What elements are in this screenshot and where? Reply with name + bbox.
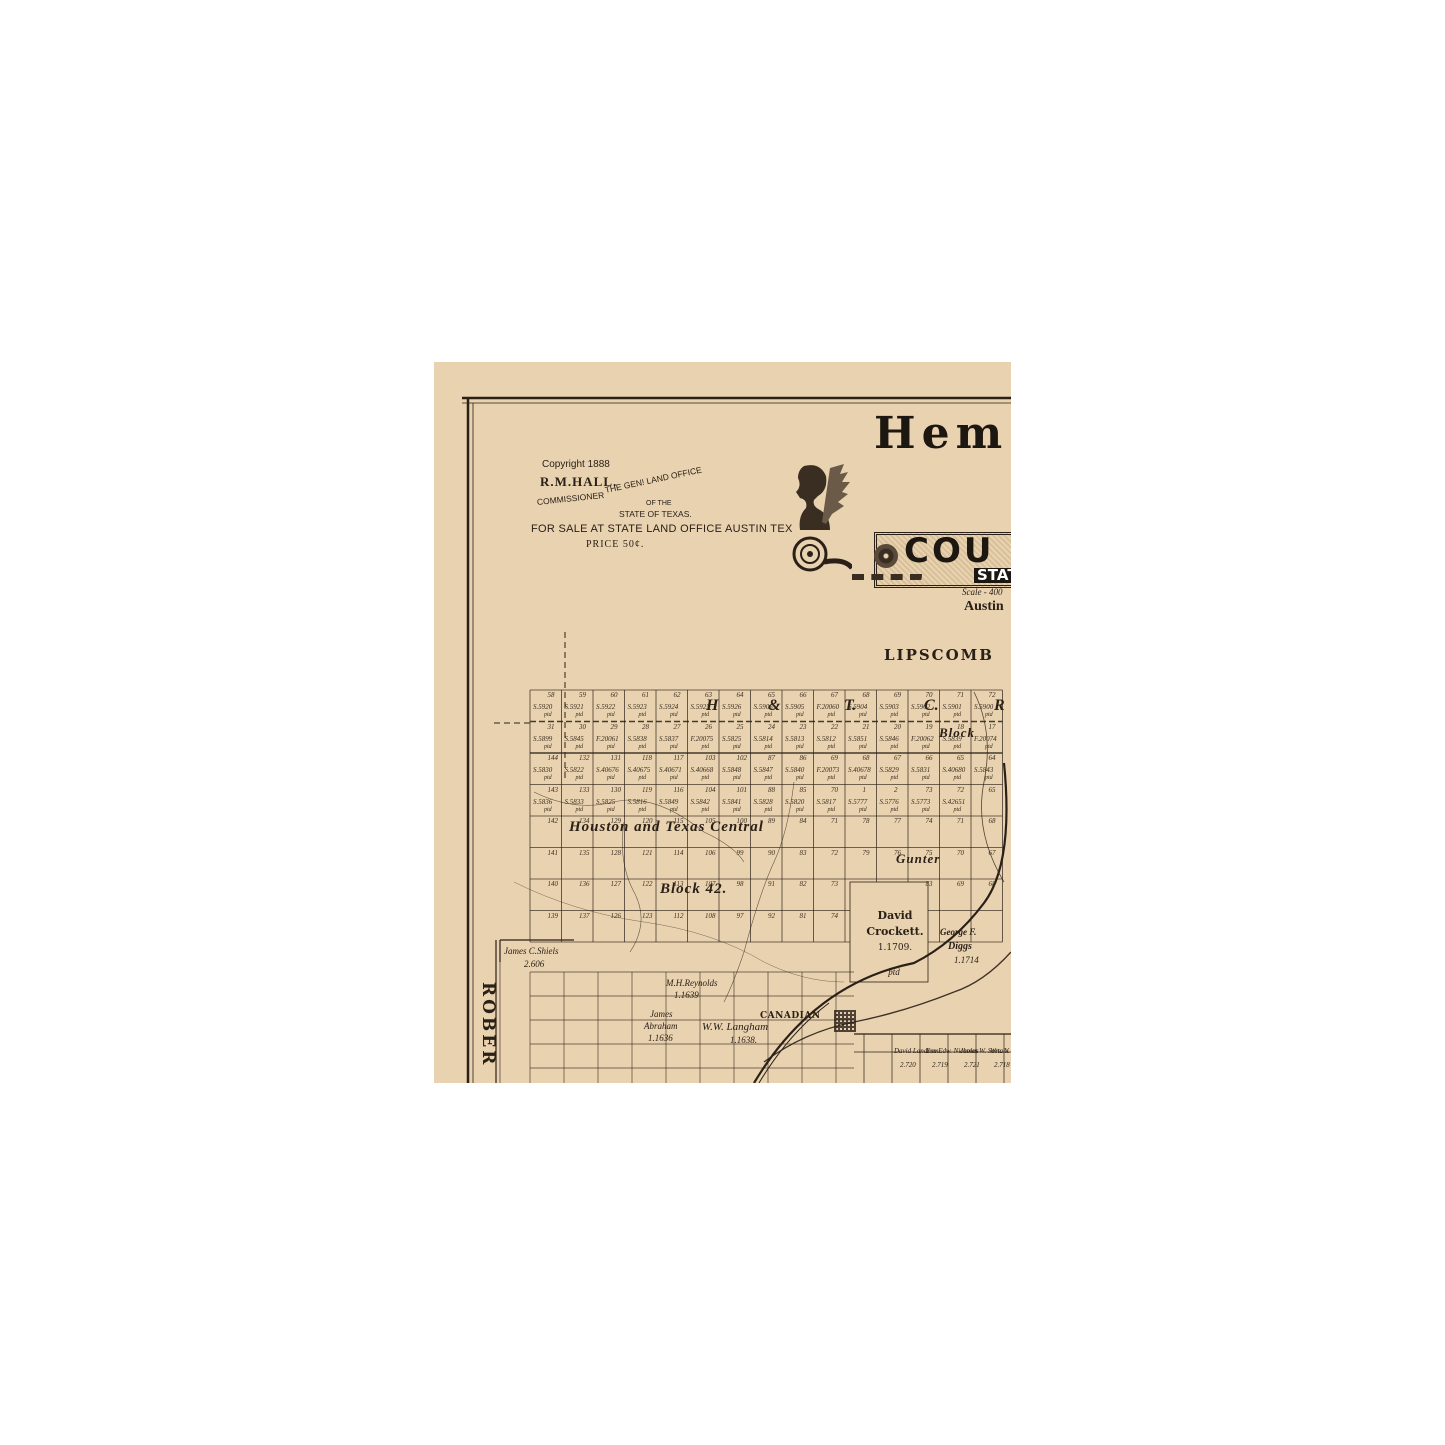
survey-george-diggs-name2: Diggs <box>948 942 972 952</box>
patent-status: ptd <box>733 712 741 718</box>
section-number: 79 <box>863 850 870 857</box>
section-number: 86 <box>800 755 807 762</box>
patent-status: ptd <box>576 744 584 750</box>
section-number: 92 <box>768 913 775 920</box>
certificate-label: S.5840 <box>785 767 804 774</box>
section-number: 99 <box>737 850 744 857</box>
section-number: 108 <box>705 913 716 920</box>
survey-james-shiels-name: James C.Shiels <box>504 947 559 956</box>
of-the-text: OF THE <box>646 500 672 507</box>
patent-status: ptd <box>985 775 993 781</box>
section-number: 100 <box>737 818 748 825</box>
certificate-label: S.5926 <box>722 704 741 711</box>
section-number: 107 <box>705 881 716 888</box>
section-number: 83 <box>800 850 807 857</box>
patent-status: ptd <box>576 807 584 813</box>
patent-status: ptd <box>954 712 962 718</box>
section-number: 69 <box>894 692 901 699</box>
certificate-label: S.5839 <box>943 736 962 743</box>
section-number: 77 <box>894 818 901 825</box>
section-number: 76 <box>894 850 901 857</box>
certificate-label: S.40675 <box>628 767 651 774</box>
section-number: 1 <box>863 787 867 794</box>
certificate-label: F.20060 <box>817 704 840 711</box>
certificate-label: S.40680 <box>943 767 966 774</box>
patent-status: ptd <box>670 807 678 813</box>
patent-status: ptd <box>859 807 867 813</box>
patent-status: ptd <box>922 775 930 781</box>
section-number: 69 <box>957 881 964 888</box>
section-number: 128 <box>611 850 622 857</box>
adjacent-county-north: LIPSCOMB <box>884 648 994 663</box>
section-number: 70 <box>957 850 964 857</box>
survey-george-diggs-number: 1.1714 <box>954 956 979 965</box>
certificate-label: S.5903 <box>880 704 899 711</box>
section-number: 30 <box>579 724 586 731</box>
survey-james-abraham-name2: Abraham <box>644 1022 678 1031</box>
section-number: 75 <box>926 850 933 857</box>
section-number: 71 <box>831 818 838 825</box>
section-number: 141 <box>548 850 559 857</box>
section-number: 131 <box>611 755 622 762</box>
survey-james-sartain-number: 2.721 <box>964 1062 980 1069</box>
patent-status: ptd <box>922 807 930 813</box>
patent-status: ptd <box>922 744 930 750</box>
section-number: 20 <box>894 724 901 731</box>
certificate-label: F.20074 <box>974 736 997 743</box>
section-number: 74 <box>831 913 838 920</box>
survey-edw-nicholas-number: 2.719 <box>932 1062 948 1069</box>
patent-status: ptd <box>859 712 867 718</box>
section-number: 89 <box>768 818 775 825</box>
survey-grid <box>434 362 1011 1083</box>
section-number: 129 <box>611 818 622 825</box>
section-number: 65 <box>768 692 775 699</box>
sale-text: FOR SALE AT STATE LAND OFFICE AUSTIN TEX <box>531 524 793 535</box>
certificate-label: S.5825 <box>596 799 615 806</box>
section-number: 140 <box>548 881 559 888</box>
section-number: 122 <box>642 881 653 888</box>
section-number: 66 <box>926 755 933 762</box>
certificate-label: S.5921 <box>565 704 584 711</box>
patent-status: ptd <box>702 744 710 750</box>
section-number: 73 <box>831 881 838 888</box>
section-number: 66 <box>800 692 807 699</box>
patent-status: ptd <box>828 712 836 718</box>
survey-david-crockett-number: 1.1709. <box>860 944 930 953</box>
certificate-label: S.5901 <box>943 704 962 711</box>
section-number: 24 <box>768 724 775 731</box>
section-number: 84 <box>800 818 807 825</box>
survey-ww-langham-number: 1.1638. <box>730 1036 757 1045</box>
patent-status: ptd <box>639 807 647 813</box>
section-number: 81 <box>800 913 807 920</box>
section-number: 116 <box>674 787 684 794</box>
county-heading: COU <box>904 534 994 568</box>
section-number: 62 <box>674 692 681 699</box>
town-canadian-marker <box>834 1010 856 1032</box>
section-number: 70 <box>831 787 838 794</box>
certificate-label: S.5905 <box>785 704 804 711</box>
section-number: 63 <box>705 692 712 699</box>
survey-ww-langham-name: W.W. Langham <box>702 1022 768 1033</box>
section-number: 65 <box>957 755 964 762</box>
patent-status: ptd <box>733 807 741 813</box>
section-number: 102 <box>737 755 748 762</box>
patent-status: ptd <box>544 712 552 718</box>
patent-status: ptd <box>607 712 615 718</box>
section-number: 113 <box>674 881 684 888</box>
section-number: 68 <box>863 692 870 699</box>
patent-status: ptd <box>576 712 584 718</box>
section-number: 119 <box>642 787 652 794</box>
section-number: 72 <box>957 787 964 794</box>
certificate-label: S.5924 <box>659 704 678 711</box>
certificate-label: S.42651 <box>943 799 966 806</box>
price-text: PRICE 50¢. <box>586 540 644 550</box>
certificate-label: S.5906 <box>754 704 773 711</box>
certificate-label: S.5833 <box>565 799 584 806</box>
certificate-label: S.5845 <box>565 736 584 743</box>
certificate-label: F.20073 <box>817 767 840 774</box>
survey-david-crockett-name2: Crockett. <box>860 926 930 937</box>
state-heading: STATE <box>974 568 1011 583</box>
section-number: 68 <box>863 755 870 762</box>
patent-status: ptd <box>607 775 615 781</box>
certificate-label: S.5814 <box>754 736 773 743</box>
section-number: 83 <box>926 881 933 888</box>
patent-status: ptd <box>796 807 804 813</box>
certificate-label: S.5820 <box>785 799 804 806</box>
adjacent-county-west: ROBER <box>479 982 496 1067</box>
certificate-label: S.5822 <box>565 767 584 774</box>
section-number: 72 <box>989 692 996 699</box>
certificate-label: S.5849 <box>659 799 678 806</box>
patent-status: ptd <box>828 807 836 813</box>
certificate-label: S.5831 <box>911 767 930 774</box>
patent-status: ptd <box>796 712 804 718</box>
patent-status: ptd <box>796 744 804 750</box>
patent-status: ptd <box>765 775 773 781</box>
survey-mh-reynolds-number: 1.1639 <box>674 991 699 1000</box>
section-number: 73 <box>926 787 933 794</box>
section-number: 60 <box>611 692 618 699</box>
section-number: 67 <box>989 850 996 857</box>
section-number: 64 <box>737 692 744 699</box>
section-number: 90 <box>768 850 775 857</box>
patent-status: ptd <box>670 744 678 750</box>
patent-status: ptd <box>639 712 647 718</box>
certificate-label: S.5830 <box>533 767 552 774</box>
section-number: 71 <box>957 818 964 825</box>
section-number: 144 <box>548 755 559 762</box>
survey-label-block-42: Block 42. <box>660 882 727 897</box>
section-number: 133 <box>579 787 590 794</box>
certificate-label: S.40671 <box>659 767 682 774</box>
patent-status: ptd <box>544 775 552 781</box>
patent-status: ptd <box>765 744 773 750</box>
section-number: 121 <box>642 850 653 857</box>
rosette-ornament <box>874 544 898 568</box>
patent-status: ptd <box>702 807 710 813</box>
section-number: 31 <box>548 724 555 731</box>
map-sheet: Copyright 1888 R.M.HALL. COMMISSIONER TH… <box>434 362 1011 1083</box>
section-number: 120 <box>642 818 653 825</box>
survey-wm-johnston: Wm. V. Johnston <box>990 1048 1011 1055</box>
patent-status: ptd <box>733 744 741 750</box>
section-number: 103 <box>705 755 716 762</box>
survey-david-crockett-status: ptd <box>874 968 914 977</box>
certificate-label: S.5816 <box>628 799 647 806</box>
scale-text: Scale - 400 <box>962 588 1003 597</box>
certificate-label: S.5825 <box>722 736 741 743</box>
section-number: 106 <box>705 850 716 857</box>
patent-status: ptd <box>544 744 552 750</box>
certificate-label: S.5920 <box>533 704 552 711</box>
survey-label-gunter: Gunter <box>896 852 940 865</box>
patent-status: ptd <box>922 712 930 718</box>
certificate-label: S.5837 <box>659 736 678 743</box>
section-number: 74 <box>926 818 933 825</box>
section-number: 123 <box>642 913 653 920</box>
patent-status: ptd <box>733 775 741 781</box>
patent-status: ptd <box>702 775 710 781</box>
section-number: 19 <box>926 724 933 731</box>
section-number: 70 <box>926 692 933 699</box>
section-number: 132 <box>579 755 590 762</box>
certificate-label: S.5777 <box>848 799 867 806</box>
section-number: 112 <box>674 913 684 920</box>
survey-james-shiels-number: 2.606 <box>524 960 544 969</box>
survey-james-abraham-name1: James <box>650 1010 673 1019</box>
certificate-label: F.20061 <box>596 736 619 743</box>
section-number: 101 <box>737 787 748 794</box>
section-number: 25 <box>737 724 744 731</box>
section-number: 105 <box>705 818 716 825</box>
certificate-label: S.5902 <box>911 704 930 711</box>
survey-label-htc: Houston and Texas Central <box>569 820 764 835</box>
certificate-label: S.5847 <box>754 767 773 774</box>
patent-status: ptd <box>670 712 678 718</box>
certificate-label: S.5836 <box>533 799 552 806</box>
section-number: 78 <box>863 818 870 825</box>
section-number: 139 <box>548 913 559 920</box>
section-number: 29 <box>611 724 618 731</box>
certificate-label: S.5925 <box>691 704 710 711</box>
certificate-label: S.5829 <box>880 767 899 774</box>
section-number: 97 <box>737 913 744 920</box>
state-of-texas-text: STATE OF TEXAS. <box>619 510 692 519</box>
section-number: 18 <box>957 724 964 731</box>
patent-status: ptd <box>891 807 899 813</box>
section-number: 64 <box>989 755 996 762</box>
section-number: 71 <box>957 692 964 699</box>
section-number: 126 <box>611 913 622 920</box>
section-number: 67 <box>831 692 838 699</box>
section-number: 142 <box>548 818 559 825</box>
section-number: 118 <box>642 755 652 762</box>
certificate-label: S.5848 <box>722 767 741 774</box>
section-number: 91 <box>768 881 775 888</box>
austin-text: Austin <box>964 600 1004 614</box>
patent-status: ptd <box>639 744 647 750</box>
section-number: 143 <box>548 787 559 794</box>
survey-david-crockett-name1: David <box>860 910 930 921</box>
certificate-label: S.5813 <box>785 736 804 743</box>
section-number: 65 <box>989 787 996 794</box>
copyright-text: Copyright 1888 <box>542 460 610 470</box>
survey-mh-reynolds-name: M.H.Reynolds <box>666 979 718 988</box>
survey-george-diggs-name1: George F. <box>940 928 976 937</box>
patent-status: ptd <box>544 807 552 813</box>
patent-status: ptd <box>828 744 836 750</box>
patent-status: ptd <box>576 775 584 781</box>
section-number: 27 <box>674 724 681 731</box>
section-number: 135 <box>579 850 590 857</box>
patent-status: ptd <box>985 712 993 718</box>
patent-status: ptd <box>891 712 899 718</box>
certificate-label: S.5841 <box>722 799 741 806</box>
certificate-label: S.5843 <box>974 767 993 774</box>
section-number: 137 <box>579 913 590 920</box>
patent-status: ptd <box>891 775 899 781</box>
patent-status: ptd <box>954 775 962 781</box>
certificate-label: S.5923 <box>628 704 647 711</box>
section-number: 17 <box>989 724 996 731</box>
certificate-label: S.5838 <box>628 736 647 743</box>
section-number: 127 <box>611 881 622 888</box>
section-number: 68 <box>989 818 996 825</box>
section-number: 21 <box>863 724 870 731</box>
certificate-label: S.40668 <box>691 767 714 774</box>
section-number: 2 <box>894 787 898 794</box>
patent-status: ptd <box>985 744 993 750</box>
certificate-label: S.5899 <box>533 736 552 743</box>
patent-status: ptd <box>607 744 615 750</box>
patent-status: ptd <box>859 744 867 750</box>
section-number: 59 <box>579 692 586 699</box>
certificate-label: S.5922 <box>596 704 615 711</box>
section-number: 85 <box>800 787 807 794</box>
section-number: 68 <box>989 881 996 888</box>
section-number: 104 <box>705 787 716 794</box>
patent-status: ptd <box>765 712 773 718</box>
certificate-label: F.20062 <box>911 736 934 743</box>
map-title: Hem <box>874 412 1008 456</box>
certificate-label: S.5900 <box>974 704 993 711</box>
certificate-label: S.40676 <box>596 767 619 774</box>
section-number: 87 <box>768 755 775 762</box>
railroad-letter: R <box>994 698 1005 714</box>
section-number: 67 <box>894 755 901 762</box>
section-number: 114 <box>674 850 684 857</box>
section-number: 98 <box>737 881 744 888</box>
section-number: 130 <box>611 787 622 794</box>
section-number: 23 <box>800 724 807 731</box>
section-number: 136 <box>579 881 590 888</box>
certificate-label: S.40678 <box>848 767 871 774</box>
section-number: 115 <box>674 818 684 825</box>
certificate-label: F.20075 <box>691 736 714 743</box>
patent-status: ptd <box>765 807 773 813</box>
certificate-label: S.5773 <box>911 799 930 806</box>
certificate-label: S.5828 <box>754 799 773 806</box>
town-canadian-label: CANADIAN <box>760 1012 821 1021</box>
patent-status: ptd <box>954 744 962 750</box>
certificate-label: S.5842 <box>691 799 710 806</box>
section-number: 69 <box>831 755 838 762</box>
patent-status: ptd <box>702 712 710 718</box>
patent-status: ptd <box>639 775 647 781</box>
certificate-label: S.5776 <box>880 799 899 806</box>
patent-status: ptd <box>891 744 899 750</box>
section-number: 26 <box>705 724 712 731</box>
section-number: 88 <box>768 787 775 794</box>
certificate-label: S.5817 <box>817 799 836 806</box>
patent-status: ptd <box>670 775 678 781</box>
survey-james-abraham-number: 1.1636 <box>648 1034 673 1043</box>
patent-status: ptd <box>796 775 804 781</box>
patent-status: ptd <box>828 775 836 781</box>
section-number: 82 <box>800 881 807 888</box>
certificate-label: S.5846 <box>880 736 899 743</box>
section-number: 134 <box>579 818 590 825</box>
survey-wm-johnston-number: 2.718 <box>994 1062 1010 1069</box>
section-number: 22 <box>831 724 838 731</box>
patent-status: ptd <box>607 807 615 813</box>
survey-david-landrum-number: 2.720 <box>900 1062 916 1069</box>
section-number: 72 <box>831 850 838 857</box>
section-number: 117 <box>674 755 684 762</box>
certificate-label: S.5851 <box>848 736 867 743</box>
section-number: 61 <box>642 692 649 699</box>
winged-bust-ornament <box>790 462 852 592</box>
patent-status: ptd <box>859 775 867 781</box>
certificate-label: S.5904 <box>848 704 867 711</box>
patent-status: ptd <box>954 807 962 813</box>
section-number: 28 <box>642 724 649 731</box>
section-number: 58 <box>548 692 555 699</box>
certificate-label: S.5812 <box>817 736 836 743</box>
